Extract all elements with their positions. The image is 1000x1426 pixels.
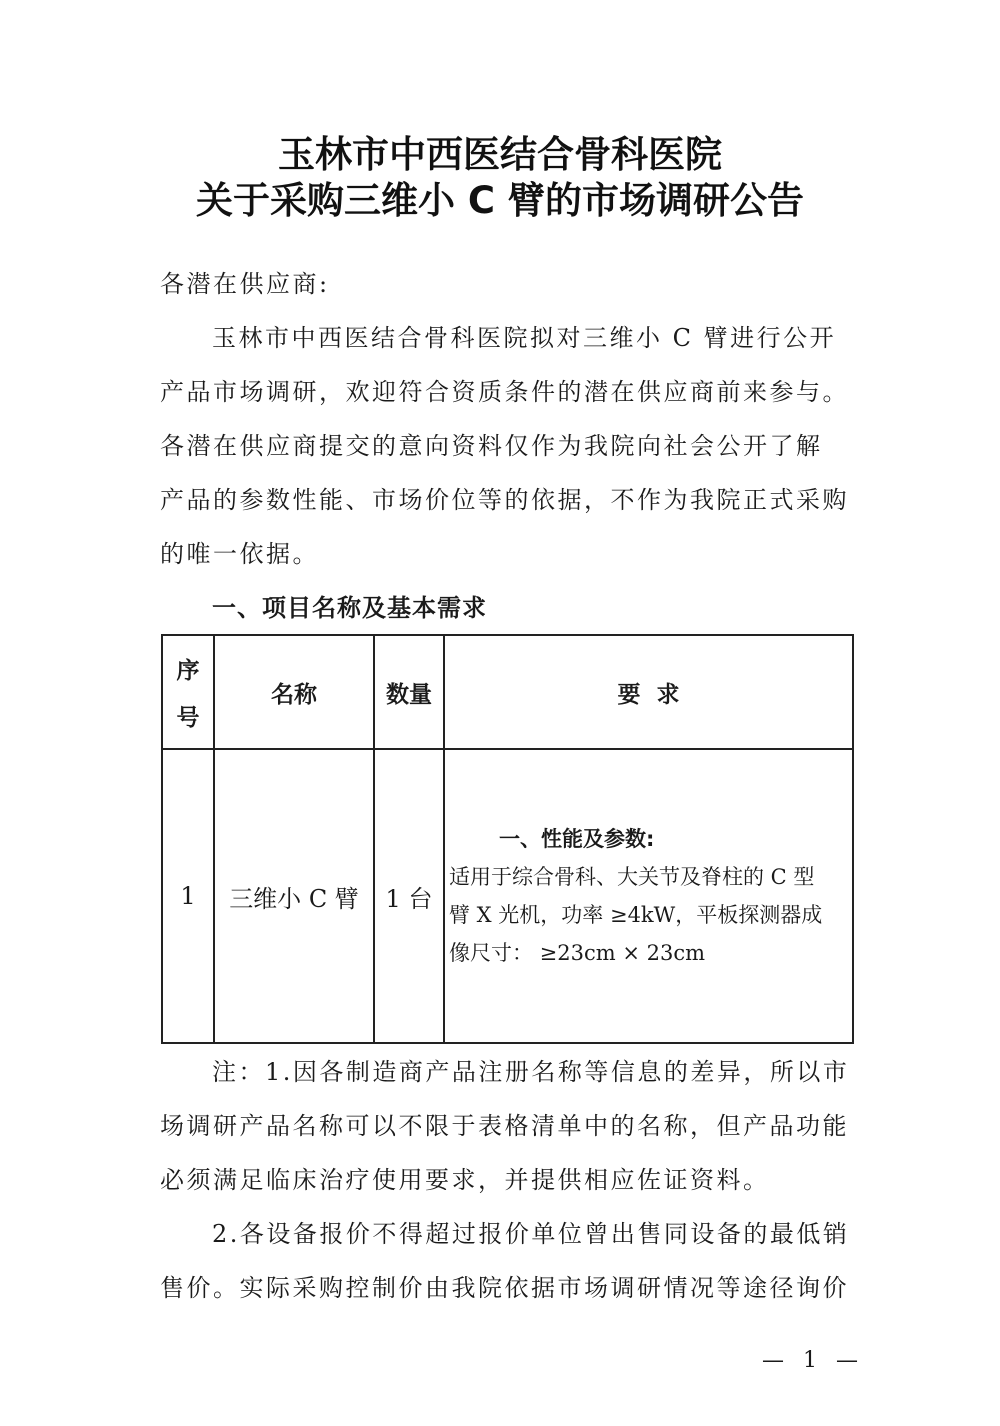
header-seq-line2: 号 bbox=[163, 699, 213, 732]
note-line: 必须满足临床治疗使用要求，并提供相应佐证资料。 bbox=[160, 1166, 770, 1194]
cell-qty: 1 台 bbox=[374, 749, 444, 1043]
cell-requirements: 一、性能及参数: 适用于综合骨科、大关节及脊柱的 C 型 臂 X 光机，功率 ≥… bbox=[444, 749, 853, 1043]
header-seq-line1: 序 bbox=[163, 652, 213, 685]
salutation: 各潜在供应商: bbox=[160, 270, 330, 298]
req-line: 适用于综合骨科、大关节及脊柱的 C 型 bbox=[449, 858, 852, 896]
intro-line: 的唯一依据。 bbox=[160, 540, 319, 568]
note-line: 售价。实际采购控制价由我院依据市场调研情况等途径询价 bbox=[160, 1274, 849, 1302]
header-seq: 序 号 bbox=[162, 635, 214, 749]
section-heading: 一、项目名称及基本需求 bbox=[212, 594, 487, 622]
cell-name: 三维小 C 臂 bbox=[214, 749, 374, 1043]
note-line: 2.各设备报价不得超过报价单位曾出售同设备的最低销 bbox=[212, 1220, 849, 1248]
header-req: 要 求 bbox=[444, 635, 853, 749]
header-name: 名称 bbox=[214, 635, 374, 749]
document-title-line2: 关于采购三维小 C 臂的市场调研公告 bbox=[0, 170, 1000, 224]
note-line: 注：1.因各制造商产品注册名称等信息的差异，所以市 bbox=[212, 1058, 849, 1086]
page-number: — 1 — bbox=[762, 1348, 864, 1373]
intro-line: 产品的参数性能、市场价位等的依据，不作为我院正式采购 bbox=[160, 486, 849, 514]
cell-seq: 1 bbox=[162, 749, 214, 1043]
header-qty: 数量 bbox=[374, 635, 444, 749]
table-row: 1 三维小 C 臂 1 台 一、性能及参数: 适用于综合骨科、大关节及脊柱的 C… bbox=[162, 749, 853, 1043]
requirements-table: 序 号 名称 数量 要 求 1 三维小 C 臂 1 台 一、性能及参数: 适用于… bbox=[161, 634, 854, 1044]
req-heading: 一、性能及参数: bbox=[449, 820, 852, 858]
intro-line: 玉林市中西医结合骨科医院拟对三维小 C 臂进行公开 bbox=[212, 324, 836, 352]
note-line: 场调研产品名称可以不限于表格清单中的名称，但产品功能 bbox=[160, 1112, 849, 1140]
intro-line: 产品市场调研，欢迎符合资质条件的潜在供应商前来参与。 bbox=[160, 378, 849, 406]
table-header-row: 序 号 名称 数量 要 求 bbox=[162, 635, 853, 749]
intro-line: 各潜在供应商提交的意向资料仅作为我院向社会公开了解 bbox=[160, 432, 823, 460]
req-line: 臂 X 光机，功率 ≥4kW，平板探测器成 bbox=[449, 896, 852, 934]
req-line: 像尺寸： ≥23cm × 23cm bbox=[449, 934, 852, 972]
